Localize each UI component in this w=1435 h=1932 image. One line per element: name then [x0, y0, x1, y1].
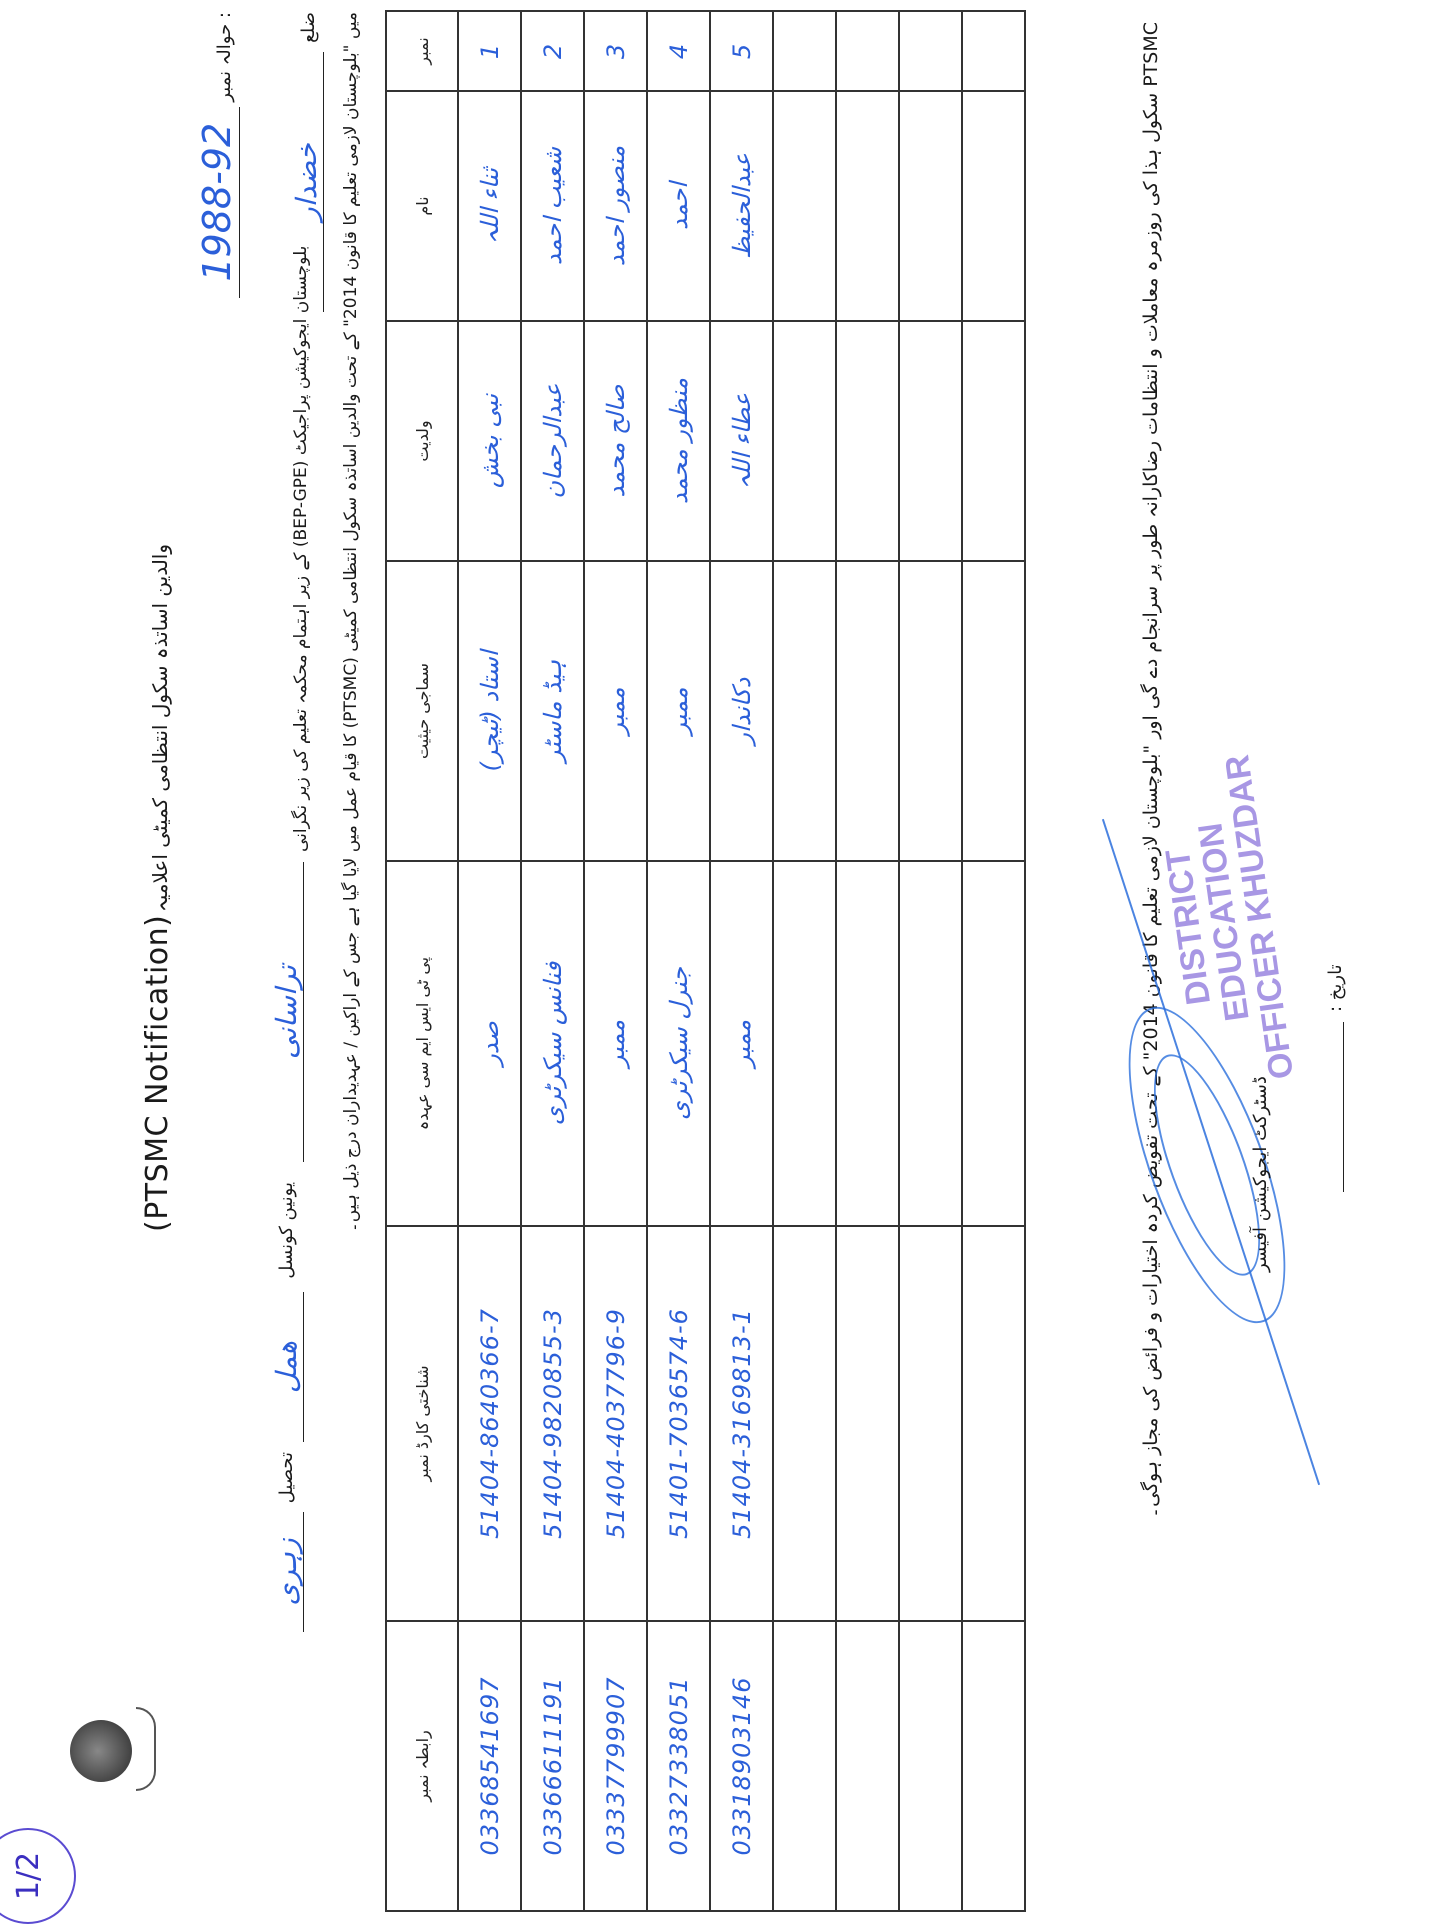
- district-row: خضدار ضلع: [290, 12, 340, 372]
- table-row: 4احمدمنظور محمدممبرجنرل سیکرٹری51401-703…: [647, 11, 710, 1911]
- status-cell: ممبر: [584, 561, 647, 861]
- table-row: 3منصور احمدصالح محمدممبرممبر51404-403779…: [584, 11, 647, 1911]
- phone-cell: 03318903146: [710, 1621, 773, 1911]
- logo-emblem-icon: [70, 1720, 132, 1782]
- date-line: [1343, 1022, 1344, 1192]
- col-ptsmc-role: پی ٹی ایس ایم سی عہدہ: [386, 861, 458, 1226]
- col-phone: رابطہ نمبر: [386, 1621, 458, 1911]
- tehsil-value: زہری: [270, 1512, 304, 1632]
- phone-cell: 03368541697: [458, 1621, 521, 1911]
- role-cell: [962, 861, 1025, 1226]
- name-cell: [899, 91, 962, 321]
- col-name: نام: [386, 91, 458, 321]
- father-cell: صالح محمد: [584, 321, 647, 561]
- serial-cell: 5: [710, 11, 773, 91]
- role-cell: ممبر: [584, 861, 647, 1226]
- authority-text: PTSMC سکول ہذا کی روزمرہ معاملات و انتظا…: [1140, 22, 1162, 1902]
- table-row: [962, 11, 1025, 1911]
- status-cell: [836, 561, 899, 861]
- name-cell: [773, 91, 836, 321]
- status-cell: [899, 561, 962, 861]
- cnic-cell: 51404-8640366-7: [458, 1226, 521, 1621]
- act-line: میں "بلوچستان لازمی تعلیم کا قانون 2014"…: [340, 12, 361, 1632]
- col-social-status: سماجی حیثیت: [386, 561, 458, 861]
- table-row: [773, 11, 836, 1911]
- serial-cell: 3: [584, 11, 647, 91]
- cnic-cell: 51404-9820855-3: [521, 1226, 584, 1621]
- role-cell: جنرل سیکرٹری: [647, 861, 710, 1226]
- union-council-value: ھمل: [270, 1292, 304, 1442]
- notification-sheet: 1/2 (PTSMC Notification) والدین اساتذہ س…: [0, 0, 1435, 1932]
- role-cell: صدر: [458, 861, 521, 1226]
- phone-cell: 03366611191: [521, 1621, 584, 1911]
- tehsil-union-row: یونین کونسل ھمل تحصیل زہری: [270, 1182, 316, 1632]
- father-cell: [836, 321, 899, 561]
- title-en: (PTSMC Notification): [140, 915, 175, 1232]
- cnic-cell: 51404-3169813-1: [710, 1226, 773, 1621]
- status-cell: [962, 561, 1025, 861]
- name-cell: [962, 91, 1025, 321]
- serial-cell: 2: [521, 11, 584, 91]
- tehsil-label: تحصیل: [276, 1452, 297, 1503]
- table-row: 1ثناء اللہنبی بخشاستاد (ٹیچر)صدر51404-86…: [458, 11, 521, 1911]
- title-ur: والدین اساتذہ سکول انتظامی کمیٹی اعلامیہ: [148, 544, 172, 912]
- status-cell: [773, 561, 836, 861]
- name-cell: عبدالحفیظ: [710, 91, 773, 321]
- name-cell: شعیب احمد: [521, 91, 584, 321]
- role-cell: فنانس سیکرٹری: [521, 861, 584, 1226]
- father-cell: عبدالرحمان: [521, 321, 584, 561]
- page-mark: 1/2: [0, 1828, 76, 1924]
- government-logo: [70, 1707, 156, 1782]
- members-table: نمبر نام ولدیت سماجی حیثیت پی ٹی ایس ایم…: [385, 10, 1026, 1912]
- date-label: تاریخ :: [1325, 964, 1346, 1012]
- status-cell: دکاندار: [710, 561, 773, 861]
- role-cell: ممبر: [710, 861, 773, 1226]
- father-cell: منظور محمد: [647, 321, 710, 561]
- status-cell: ممبر: [647, 561, 710, 861]
- serial-cell: [836, 11, 899, 91]
- status-cell: ہیڈ ماسٹر: [521, 561, 584, 861]
- father-cell: نبی بخش: [458, 321, 521, 561]
- cnic-cell: 51401-7036574-6: [647, 1226, 710, 1621]
- serial-cell: [962, 11, 1025, 91]
- col-serial: نمبر: [386, 11, 458, 91]
- col-cnic: شناختی کارڈ نمبر: [386, 1226, 458, 1621]
- cnic-cell: [773, 1226, 836, 1621]
- name-cell: ثناء اللہ: [458, 91, 521, 321]
- phone-cell: [773, 1621, 836, 1911]
- table-row: [836, 11, 899, 1911]
- district-value: خضدار: [290, 52, 324, 312]
- phone-cell: 03327338051: [647, 1621, 710, 1911]
- school-name-value: تراسانی: [270, 862, 304, 1162]
- serial-cell: [899, 11, 962, 91]
- name-cell: منصور احمد: [584, 91, 647, 321]
- union-council-label: یونین کونسل: [276, 1182, 297, 1279]
- status-cell: استاد (ٹیچر): [458, 561, 521, 861]
- father-cell: عطاء اللہ: [710, 321, 773, 561]
- role-cell: [836, 861, 899, 1226]
- reference-block: 1988-92 حوالہ نمبر :: [195, 12, 239, 392]
- reference-label: حوالہ نمبر :: [214, 12, 235, 102]
- name-cell: احمد: [647, 91, 710, 321]
- phone-cell: 03337799907: [584, 1621, 647, 1911]
- col-father: ولدیت: [386, 321, 458, 561]
- officer-label: ڈسٹرکٹ ایجوکیشن آفیسر: [1250, 1076, 1271, 1272]
- father-cell: [899, 321, 962, 561]
- phone-cell: [899, 1621, 962, 1911]
- reference-value: 1988-92: [195, 107, 240, 298]
- phone-cell: [962, 1621, 1025, 1911]
- cnic-cell: [962, 1226, 1025, 1621]
- serial-cell: 4: [647, 11, 710, 91]
- name-cell: [836, 91, 899, 321]
- table-row: 2شعیب احمدعبدالرحمانہیڈ ماسٹرفنانس سیکرٹ…: [521, 11, 584, 1911]
- phone-cell: [836, 1621, 899, 1911]
- father-cell: [773, 321, 836, 561]
- table-row: [899, 11, 962, 1911]
- district-label: ضلع: [298, 12, 319, 43]
- role-cell: [899, 861, 962, 1226]
- serial-cell: 1: [458, 11, 521, 91]
- table-header-row: نمبر نام ولدیت سماجی حیثیت پی ٹی ایس ایم…: [386, 11, 458, 1911]
- father-cell: [962, 321, 1025, 561]
- table-row: 5عبدالحفیظعطاء اللہدکاندارممبر51404-3169…: [710, 11, 773, 1911]
- serial-cell: [773, 11, 836, 91]
- cnic-cell: 51404-4037796-9: [584, 1226, 647, 1621]
- cnic-cell: [836, 1226, 899, 1621]
- logo-ribbon-icon: [136, 1707, 156, 1791]
- role-cell: [773, 861, 836, 1226]
- cnic-cell: [899, 1226, 962, 1621]
